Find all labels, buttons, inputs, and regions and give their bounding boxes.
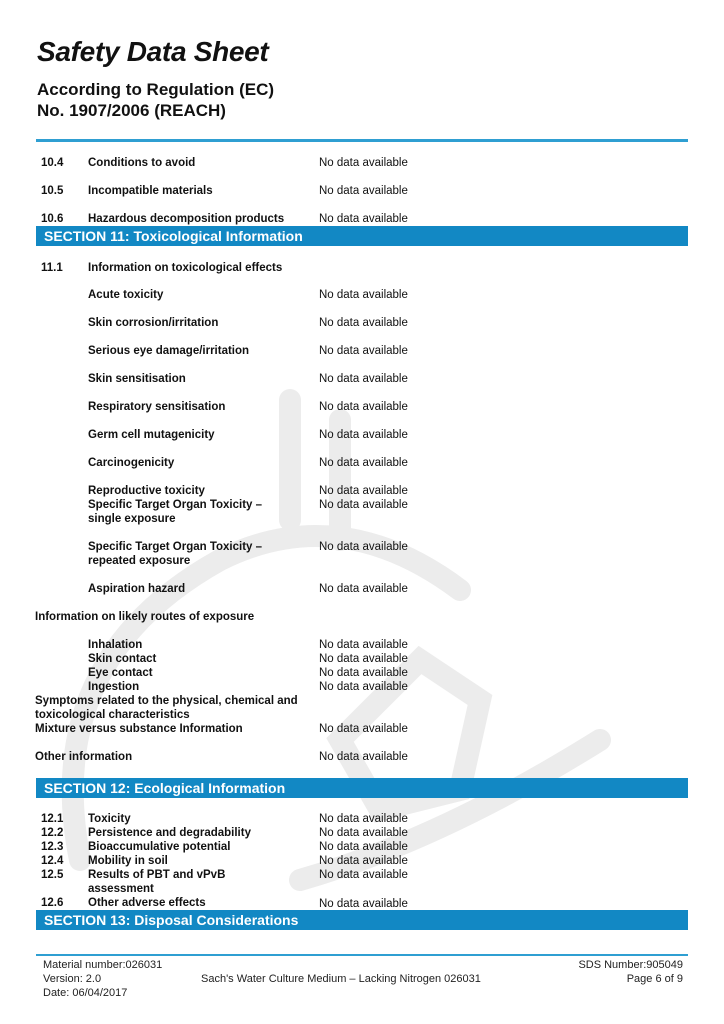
- document-title: Safety Data Sheet: [37, 36, 268, 68]
- revision-date: Date: 06/04/2017: [43, 986, 162, 1000]
- header-divider: [36, 139, 688, 142]
- section-13-header: SECTION 13: Disposal Considerations: [36, 910, 688, 930]
- material-number: Material number:026031: [43, 958, 162, 972]
- footer-divider: [36, 954, 688, 956]
- regulation-line-1: According to Regulation (EC): [37, 79, 274, 100]
- section-11-header: SECTION 11: Toxicological Information: [36, 226, 688, 246]
- footer-sds-info: SDS Number:905049 Page 6 of 9: [578, 958, 683, 986]
- sds-number: SDS Number:905049: [578, 958, 683, 972]
- product-name: Sach's Water Culture Medium – Lacking Ni…: [201, 972, 481, 986]
- page-number: Page 6 of 9: [578, 972, 683, 986]
- regulation-line-2: No. 1907/2006 (REACH): [37, 100, 274, 121]
- section-12-header: SECTION 12: Ecological Information: [36, 778, 688, 798]
- footer-document-info: Material number:026031 Version: 2.0 Date…: [43, 958, 162, 1000]
- version: Version: 2.0: [43, 972, 162, 986]
- regulation-subtitle: According to Regulation (EC) No. 1907/20…: [37, 79, 274, 121]
